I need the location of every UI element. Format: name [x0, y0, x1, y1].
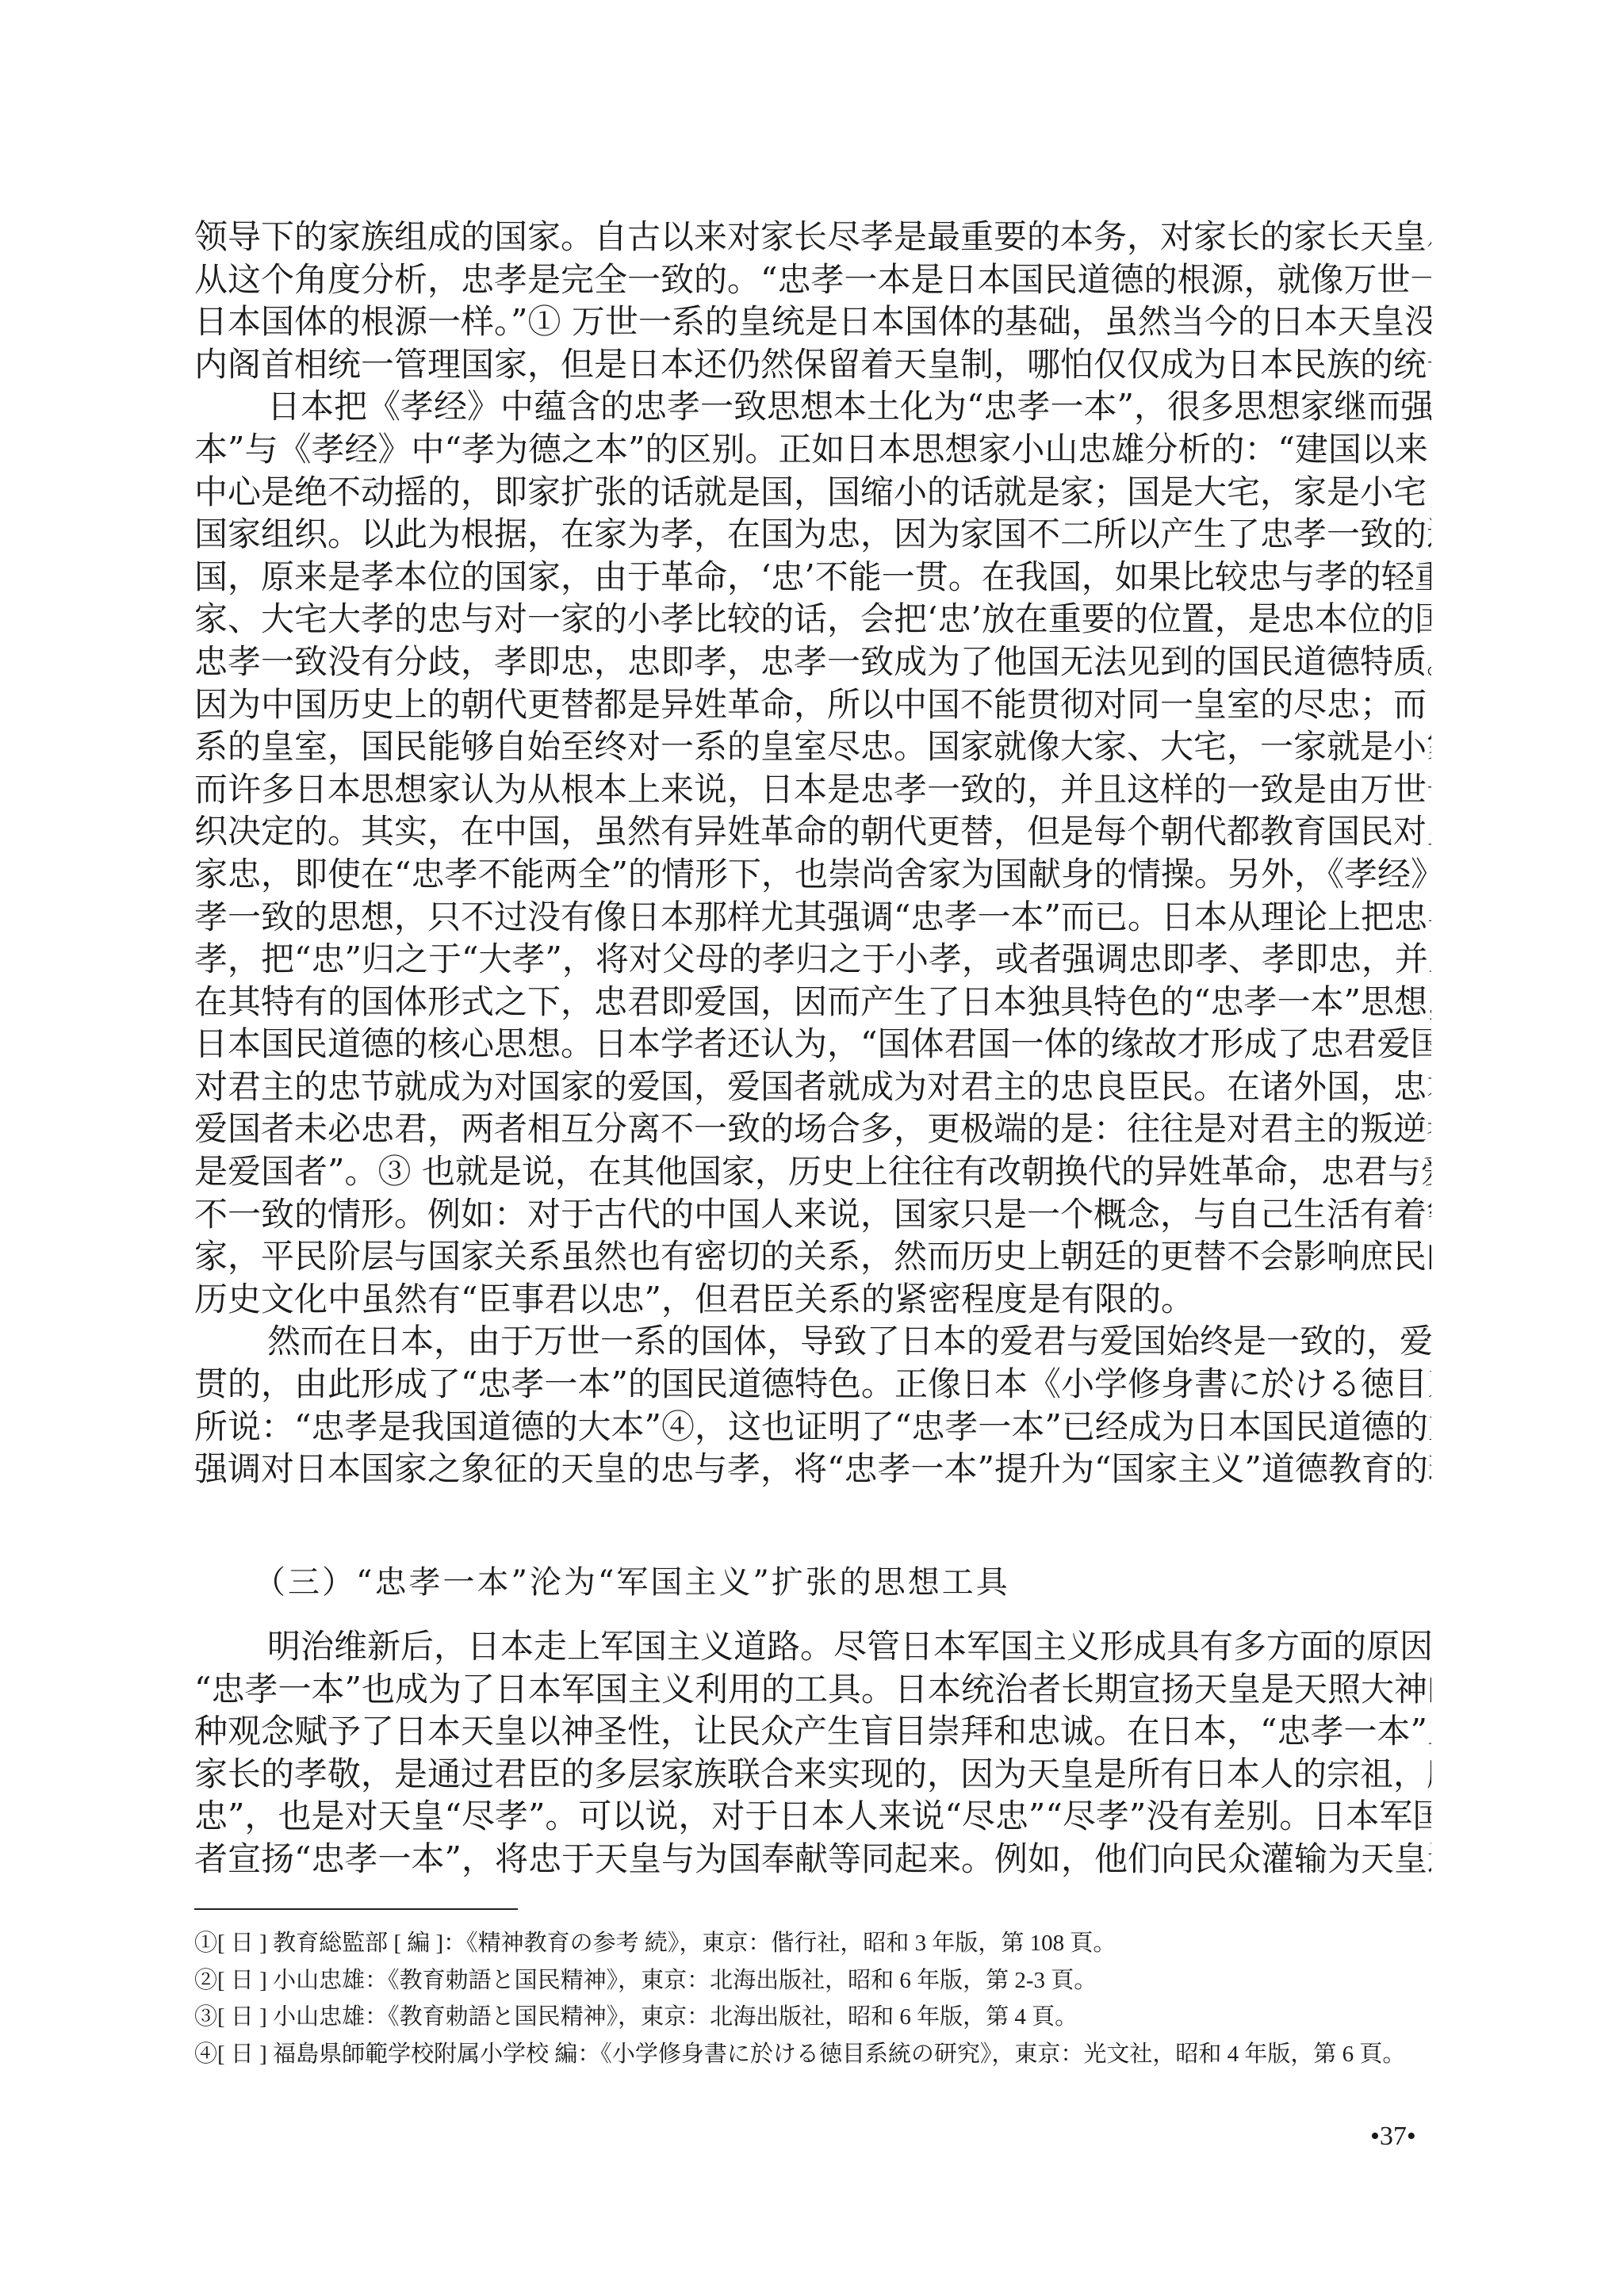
document-page: 领导下的家族组成的国家。自古以来对家长尽孝是最重要的本务，对家长的家长天皇尽孝就…: [0, 0, 1624, 2296]
footnote-item: ②[ 日 ] 小山忠雄：《教育勅語と国民精神》，東京：北海出版社，昭和 6 年版…: [194, 1962, 1431, 1999]
text-line: 从这个角度分析，忠孝是完全一致的。“忠孝一本是日本国民道德的根源，就像万世一系的…: [194, 258, 1431, 301]
text-line: 家，平民阶层与国家关系虽然也有密切的关系，然而历史上朝廷的更替不会影响庶民的生活…: [194, 1235, 1431, 1278]
text-line: “忠孝一本”也成为了日本军国主义利用的工具。日本统治者长期宣扬天皇是天照大神的后…: [194, 1668, 1431, 1711]
section-heading: （三）“忠孝一本”沦为“军国主义”扩张的思想工具: [254, 1560, 1010, 1605]
text-line: 强调对日本国家之象征的天皇的忠与孝，将“忠孝一本”提升为“国家主义”道德教育的理…: [194, 1448, 1431, 1490]
text-line: 家忠，即使在“忠孝不能两全”的情形下，也崇尚舍家为国献身的情操。另外，《孝经》中…: [194, 853, 1431, 896]
text-line: 忠孝一致没有分歧，孝即忠，忠即孝，忠孝一致成为了他国无法见到的国民道德特质。”②…: [194, 641, 1431, 683]
text-line: 明治维新后，日本走上军国主义道路。尽管日本军国主义形成具有多方面的原因，但是不可…: [194, 1625, 1431, 1668]
footnotes: ①[ 日 ] 教育総監部 [ 編 ]：《精神教育の参考 続》，東京：偕行社，昭和…: [194, 1925, 1431, 2072]
text-line: 者宣扬“忠孝一本”，将忠于天皇与为国奉献等同起来。例如，他们向民众灌输为天皇进行…: [194, 1838, 1431, 1881]
text-line: 贯的，由此形成了“忠孝一本”的国民道德特色。正像日本《小学修身書に於ける徳目系統…: [194, 1363, 1431, 1406]
text-line: 日本把《孝经》中蕴含的忠孝一致思想本土化为“忠孝一本”，很多思想家继而强调“忠孝…: [194, 385, 1431, 428]
paragraph: 然而在日本，由于万世一系的国体，导致了日本的爱君与爱国始终是一致的，爱君与爱国是…: [194, 1320, 1431, 1490]
footnote-item: ④[ 日 ] 福島県師範学校附属小学校 編：《小学修身書に於ける徳目系統の研究》…: [194, 2036, 1431, 2073]
footnote-divider: [194, 1908, 518, 1910]
text-line: 然而在日本，由于万世一系的国体，导致了日本的爱君与爱国始终是一致的，爱君与爱国是…: [194, 1320, 1431, 1363]
text-line: 爱国者未必忠君，两者相互分离不一致的场合多，更极端的是：往往是对君主的叛逆者相反…: [194, 1108, 1431, 1150]
footnote-item: ①[ 日 ] 教育総監部 [ 編 ]：《精神教育の参考 続》，東京：偕行社，昭和…: [194, 1925, 1431, 1962]
paragraph: 领导下的家族组成的国家。自古以来对家长尽孝是最重要的本务，对家长的家长天皇尽孝就…: [194, 216, 1431, 385]
text-line: 所说：“忠孝是我国道德的大本”④，这也证明了“忠孝一本”已经成为日本国民道德的重…: [194, 1406, 1431, 1448]
text-line: 忠”，也是对天皇“尽孝”。可以说，对于日本人来说“尽忠”“尽孝”没有差别。日本军…: [194, 1795, 1431, 1838]
text-line: 领导下的家族组成的国家。自古以来对家长尽孝是最重要的本务，对家长的家长天皇尽孝就…: [194, 216, 1431, 258]
text-line: 国家组织。以此为根据，在家为孝，在国为忠，因为家国不二所以产生了忠孝一致的道德……: [194, 513, 1431, 556]
text-line: 系的皇室，国民能够自始至终对一系的皇室尽忠。国家就像大家、大宅，一家就是小家、小…: [194, 725, 1431, 768]
text-line: 种观念赋予了日本天皇以神圣性，让民众产生盲目崇拜和忠诚。在日本，“忠孝一本”主张…: [194, 1710, 1431, 1753]
body-text-part-2: 明治维新后，日本走上军国主义道路。尽管日本军国主义形成具有多方面的原因，但是不可…: [194, 1625, 1431, 1881]
paragraph: 日本把《孝经》中蕴含的忠孝一致思想本土化为“忠孝一本”，很多思想家继而强调“忠孝…: [194, 385, 1431, 1320]
text-line: 而许多日本思想家认为从根本上来说，日本是忠孝一致的，并且这样的一致是由万世一系的…: [194, 768, 1431, 811]
text-line: 孝，把“忠”归之于“大孝”，将对父母的孝归之于小孝，或者强调忠即孝、孝即忠，并且…: [194, 938, 1431, 981]
footnote-item: ③[ 日 ] 小山忠雄：《教育勅語と国民精神》，東京：北海出版社，昭和 6 年版…: [194, 1999, 1431, 2036]
text-line: 孝一致的思想，只不过没有像日本那样尤其强调“忠孝一本”而已。日本从理论上把忠与孝…: [194, 896, 1431, 939]
text-line: 家长的孝敬，是通过君臣的多层家族联合来实现的，因为天皇是所有日本人的宗祖，所以对…: [194, 1753, 1431, 1796]
text-line: 不一致的情形。例如：对于古代的中国人来说，国家只是一个概念，与自己生活有着密切关…: [194, 1193, 1431, 1236]
page-number: •37•: [1370, 2118, 1416, 2155]
text-line: 对君主的忠节就成为对国家的爱国，爱国者就成为对君主的忠良臣民。在诸外国，忠君未必…: [194, 1066, 1431, 1108]
body-text-part-1: 领导下的家族组成的国家。自古以来对家长尽孝是最重要的本务，对家长的家长天皇尽孝就…: [194, 216, 1431, 1490]
text-line: 历史文化中虽然有“臣事君以忠”，但君臣关系的紧密程度是有限的。: [194, 1278, 1431, 1321]
text-line: 本”与《孝经》中“孝为德之本”的区别。正如日本思想家小山忠雄分析的：“建国以来以…: [194, 428, 1431, 471]
text-line: 日本国民道德的核心思想。日本学者还认为，“国体君国一体的缘故才形成了忠君爱国一途…: [194, 1023, 1431, 1066]
text-line: 织决定的。其实，在中国，虽然有异姓革命的朝代更替，但是每个朝代都教育国民对皇帝忠…: [194, 810, 1431, 853]
text-line: 国，原来是孝本位的国家，由于革命，‘忠’不能一贯。在我国，如果比较忠与孝的轻重，…: [194, 556, 1431, 599]
text-line: 日本国体的根源一样。”① 万世一系的皇统是日本国体的基础，虽然当今的日本天皇没有…: [194, 300, 1431, 343]
text-line: 在其特有的国体形式之下，忠君即爱国，因而产生了日本独具特色的“忠孝一本”思想，并…: [194, 981, 1431, 1024]
text-line: 中心是绝不动摇的，即家扩张的话就是国，国缩小的话就是家；国是大宅，家是小宅；家国…: [194, 471, 1431, 514]
paragraph: 明治维新后，日本走上军国主义道路。尽管日本军国主义形成具有多方面的原因，但是不可…: [194, 1625, 1431, 1881]
text-line: 因为中国历史上的朝代更替都是异姓革命，所以中国不能贯彻对同一皇室的尽忠；而日本是…: [194, 683, 1431, 726]
text-line: 家、大宅大孝的忠与对一家的小孝比较的话，会把‘忠’放在重要的位置，是忠本位的国情…: [194, 598, 1431, 641]
text-line: 是爱国者”。③ 也就是说，在其他国家，历史上往往有改朝换代的异姓革命，忠君与爱国…: [194, 1150, 1431, 1193]
text-line: 内阁首相统一管理国家，但是日本还仍然保留着天皇制，哪怕仅仅成为日本民族的统一象征…: [194, 343, 1431, 386]
